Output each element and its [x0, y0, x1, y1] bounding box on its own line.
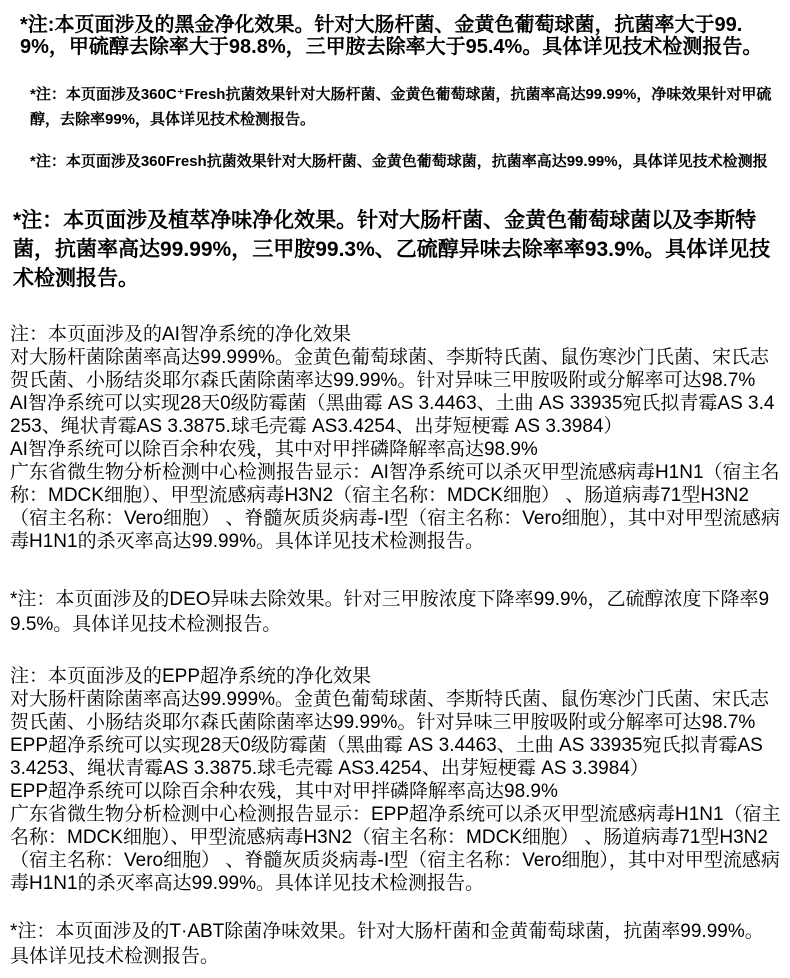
disclaimer-page: *注:本页面涉及的黑金净化效果。针对大肠杆菌、金黄色葡萄球菌，抗菌率大于99.9… [0, 0, 790, 978]
note-360c-fresh: *注：本页面涉及360C⁺Fresh抗菌效果针对大肠杆菌、金黄色葡萄球菌，抗菌率… [30, 82, 778, 132]
note-t-abt: *注：本页面涉及的T·ABT除菌净味效果。针对大肠杆菌和金黄葡萄球菌，抗菌率99… [10, 919, 780, 973]
note-plant-extract-text: *注：本页面涉及植萃净味净化效果。针对大肠杆菌、金黄色葡萄球菌以及李斯特菌，抗菌… [13, 206, 780, 293]
note-360fresh: *注：本页面涉及360Fresh抗菌效果针对大肠杆菌、金黄色葡萄球菌，抗菌率高达… [30, 149, 778, 174]
note-epp-pesticide-line: EPP超净系统可以除百余种农残，其中对甲拌磷降解率高达98.9% [10, 780, 782, 803]
note-black-gold-purification: *注:本页面涉及的黑金净化效果。针对大肠杆菌、金黄色葡萄球菌，抗菌率大于99.9… [20, 14, 780, 60]
note-epp-mold-line: EPP超净系统可以实现28天0级防霉菌（黑曲霉 AS 3.4463、土曲 AS … [10, 734, 782, 780]
note-epp-bacteria-line: 对大肠杆菌除菌率高达99.999%。金黄色葡萄球菌、李斯特氏菌、鼠伤寒沙门氏菌、… [10, 688, 782, 734]
note-ai-pesticide-line: AI智净系统可以除百余种农残，其中对甲拌磷降解率高达98.9% [10, 438, 782, 461]
note-ai-purify-system: 注：本页面涉及的AI智净系统的净化效果 对大肠杆菌除菌率高达99.999%。金黄… [10, 323, 782, 554]
note-360c-fresh-text: *注：本页面涉及360C⁺Fresh抗菌效果针对大肠杆菌、金黄色葡萄球菌，抗菌率… [30, 82, 778, 132]
note-360fresh-text: *注：本页面涉及360Fresh抗菌效果针对大肠杆菌、金黄色葡萄球菌，抗菌率高达… [30, 149, 778, 174]
note-epp-heading: 注：本页面涉及的EPP超净系统的净化效果 [10, 665, 782, 688]
note-ai-heading: 注：本页面涉及的AI智净系统的净化效果 [10, 323, 782, 346]
note-deo-odor-removal: *注：本页面涉及的DEO异味去除效果。针对三甲胺浓度下降率99.9%，乙硫醇浓度… [10, 587, 780, 637]
note-black-gold-text: *注:本页面涉及的黑金净化效果。针对大肠杆菌、金黄色葡萄球菌，抗菌率大于99.9… [20, 14, 780, 58]
note-ai-virus-line: 广东省微生物分析检测中心检测报告显示：AI智净系统可以杀灭甲型流感病毒H1N1（… [10, 461, 782, 553]
note-ai-mold-line: AI智净系统可以实现28天0级防霉菌（黑曲霉 AS 3.4463、土曲 AS 3… [10, 392, 782, 438]
note-epp-purify-system: 注：本页面涉及的EPP超净系统的净化效果 对大肠杆菌除菌率高达99.999%。金… [10, 665, 782, 896]
note-plant-extract: *注：本页面涉及植萃净味净化效果。针对大肠杆菌、金黄色葡萄球菌以及李斯特菌，抗菌… [13, 206, 780, 294]
note-deo-text: *注：本页面涉及的DEO异味去除效果。针对三甲胺浓度下降率99.9%，乙硫醇浓度… [10, 587, 780, 637]
note-epp-virus-line: 广东省微生物分析检测中心检测报告显示：EPP超净系统可以杀灭甲型流感病毒H1N1… [10, 803, 782, 895]
note-ai-bacteria-line: 对大肠杆菌除菌率高达99.999%。金黄色葡萄球菌、李斯特氏菌、鼠伤寒沙门氏菌、… [10, 346, 782, 392]
note-t-abt-text: *注：本页面涉及的T·ABT除菌净味效果。针对大肠杆菌和金黄葡萄球菌，抗菌率99… [10, 919, 780, 969]
